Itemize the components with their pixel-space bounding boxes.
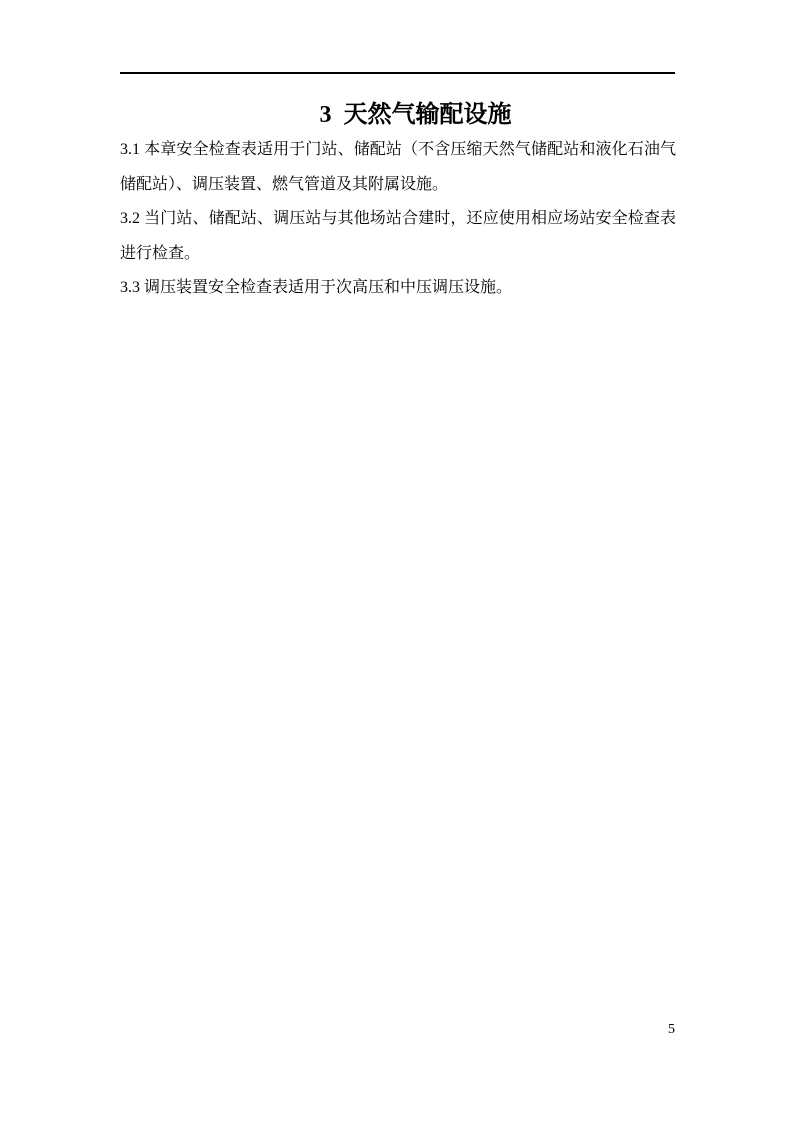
paragraph-3-1-line-1: 3.1 本章安全检查表适用于门站、储配站（不含压缩天然气储配站和液化石油气	[120, 133, 676, 168]
section-body: 3.1 本章安全检查表适用于门站、储配站（不含压缩天然气储配站和液化石油气 储配…	[120, 133, 676, 306]
document-page: 3 天然气输配设施 3.1 本章安全检查表适用于门站、储配站（不含压缩天然气储配…	[0, 0, 793, 1122]
page-number: 5	[668, 1022, 675, 1037]
section-title: 3 天然气输配设施	[138, 100, 693, 130]
paragraph-3-3-line-1: 3.3 调压装置安全检查表适用于次高压和中压调压设施。	[120, 271, 676, 306]
paragraph-3-3: 3.3 调压装置安全检查表适用于次高压和中压调压设施。	[120, 271, 676, 306]
paragraph-3-1-line-2: 储配站）、调压装置、燃气管道及其附属设施。	[120, 168, 676, 203]
paragraph-3-2: 3.2 当门站、储配站、调压站与其他场站合建时，还应使用相应场站安全检查表 进行…	[120, 202, 676, 271]
paragraph-3-1: 3.1 本章安全检查表适用于门站、储配站（不含压缩天然气储配站和液化石油气 储配…	[120, 133, 676, 202]
paragraph-3-2-line-2: 进行检查。	[120, 237, 676, 272]
page-footer: 5	[120, 1022, 675, 1038]
header-rule	[120, 72, 675, 74]
paragraph-3-2-line-1: 3.2 当门站、储配站、调压站与其他场站合建时，还应使用相应场站安全检查表	[120, 202, 676, 237]
